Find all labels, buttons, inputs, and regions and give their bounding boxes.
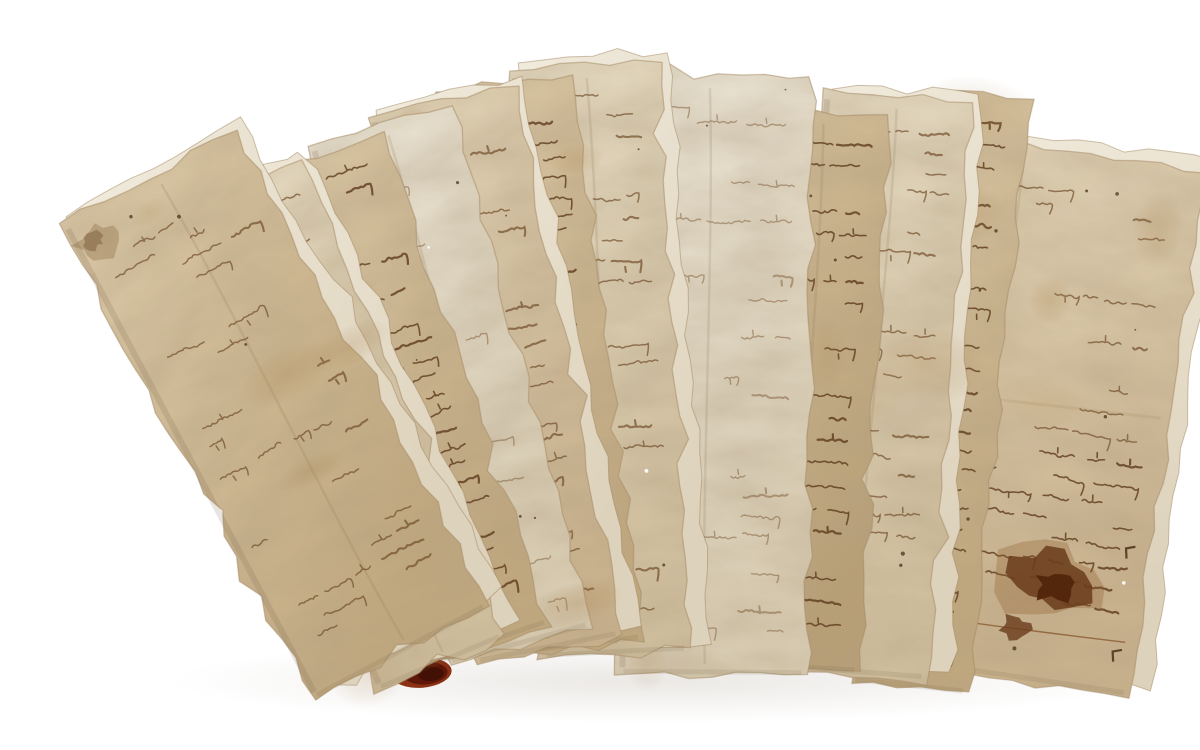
geniza-manuscripts-photo [40,16,1200,734]
manuscript-fan-illustration [40,16,1200,734]
